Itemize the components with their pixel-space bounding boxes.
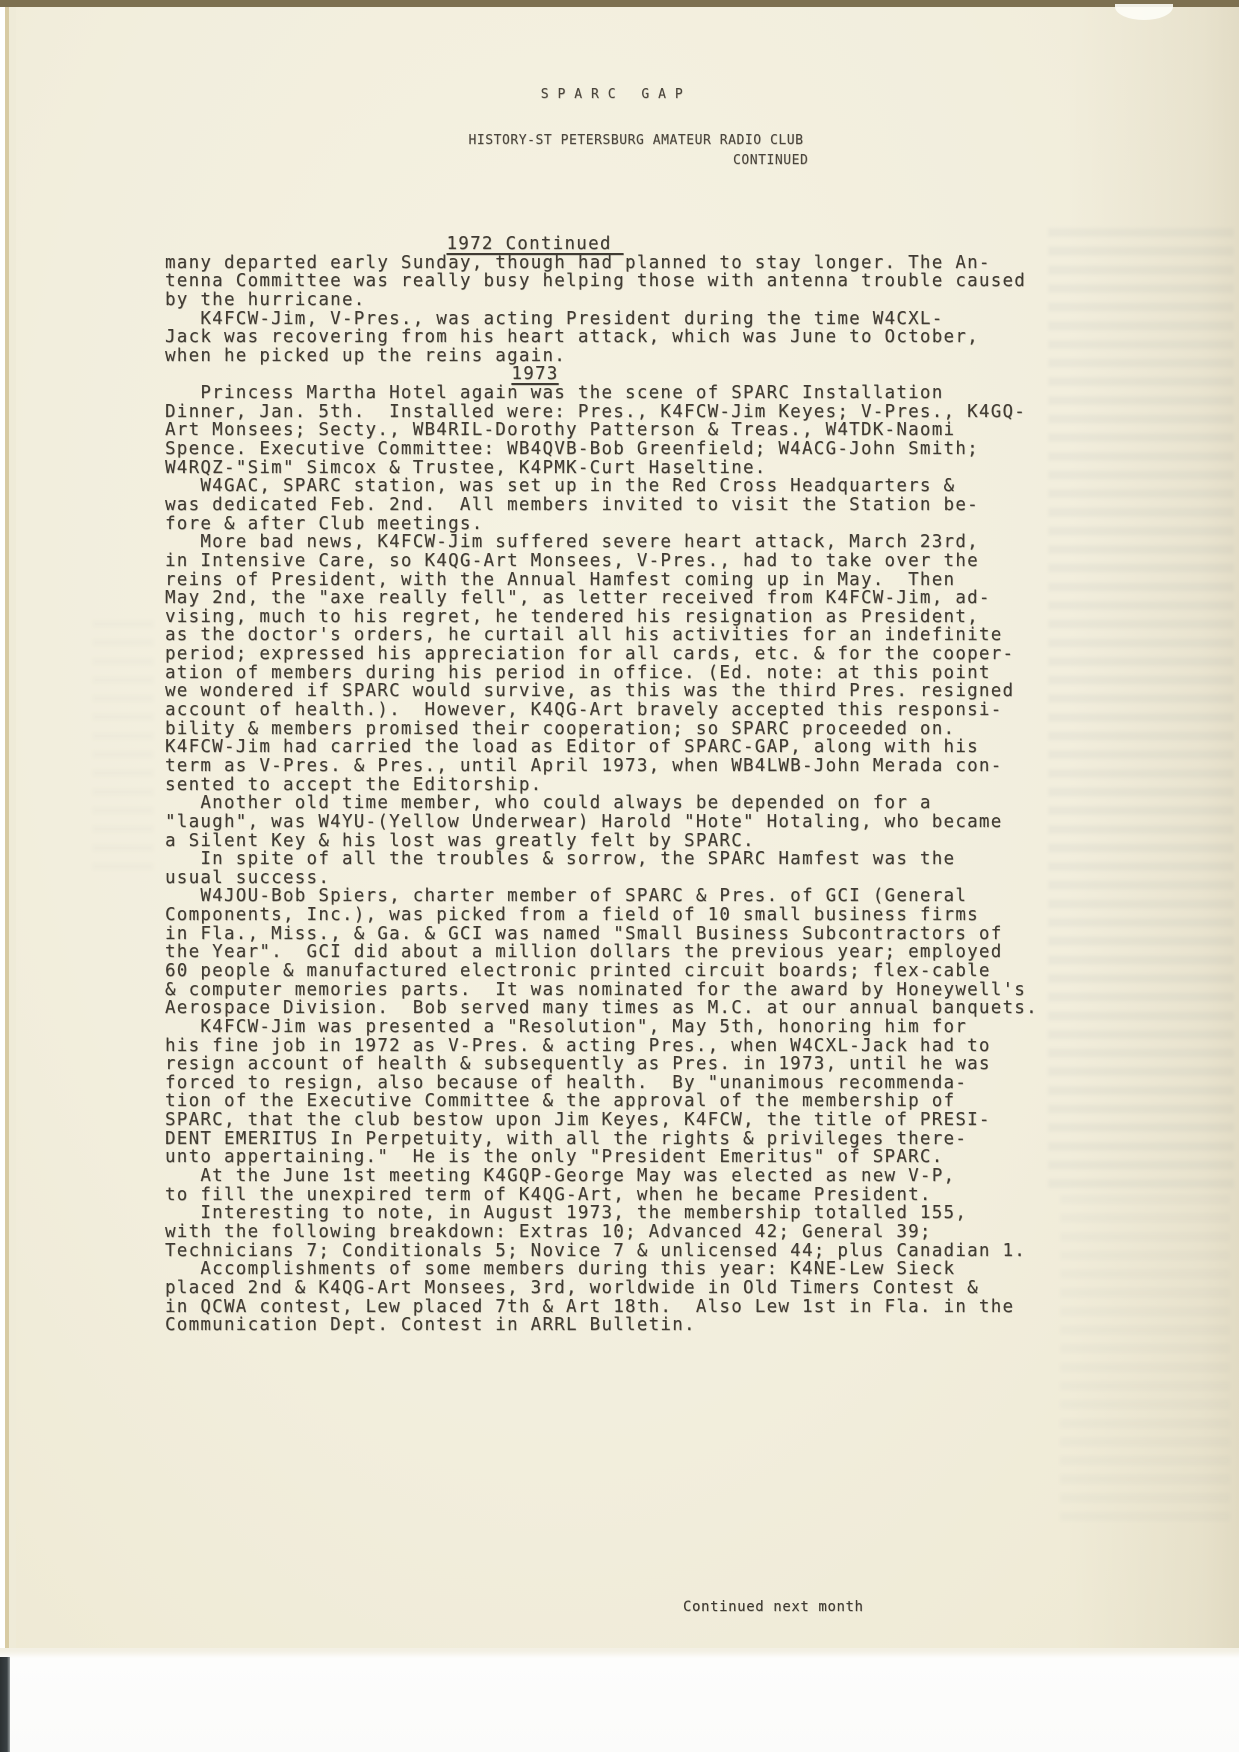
bottom-scan-strip xyxy=(0,1648,1239,1752)
text-line: Princess Martha Hotel again was the scen… xyxy=(165,384,1065,403)
text-line: as the doctor's orders, he curtail all h… xyxy=(165,626,1065,645)
text-line: At the June 1st meeting K4GQP-George May… xyxy=(165,1167,1065,1186)
footer-note: Continued next month xyxy=(683,1599,864,1615)
text-line: term as V-Pres. & Pres., until April 197… xyxy=(165,757,1065,776)
text-line: W4JOU-Bob Spiers, charter member of SPAR… xyxy=(165,887,1065,906)
text-line: we wondered if SPARC would survive, as t… xyxy=(165,682,1065,701)
text-line: SPARC, that the club bestow upon Jim Key… xyxy=(165,1111,1065,1130)
text-line: resign account of health & subsequently … xyxy=(165,1055,1065,1074)
text-line: the Year". GCI did about a million dolla… xyxy=(165,943,1065,962)
text-line: many departed early Sunday, though had p… xyxy=(165,254,1065,273)
text-line: tenna Committee was really busy helping … xyxy=(165,272,1065,291)
page-subtitle: HISTORY-ST PETERSBURG AMATEUR RADIO CLUB xyxy=(468,133,803,148)
text-line: Dinner, Jan. 5th. Installed were: Pres.,… xyxy=(165,403,1065,422)
bleed-through-text xyxy=(92,620,154,880)
continued-label: CONTINUED xyxy=(733,153,808,168)
text-line: Jack was recovering from his heart attac… xyxy=(165,328,1065,347)
text-line: by the hurricane. xyxy=(165,291,1065,310)
bleed-through-text xyxy=(1060,1195,1230,1525)
document-body: 1972 Continued many departed early Sunda… xyxy=(165,235,1065,1335)
text-line: usual success. xyxy=(165,869,1065,888)
text-line: vising, much to his regret, he tendered … xyxy=(165,608,1065,627)
text-line: account of health.). However, K4QG-Art b… xyxy=(165,701,1065,720)
bleed-through-text xyxy=(1048,228,1234,1188)
text-line: his fine job in 1972 as V-Pres. & acting… xyxy=(165,1037,1065,1056)
text-line: sented to accept the Editorship. xyxy=(165,776,1065,795)
text-line: K4FCW-Jim had carried the load as Editor… xyxy=(165,738,1065,757)
text-line: was dedicated Feb. 2nd. All members invi… xyxy=(165,496,1065,515)
text-line: Interesting to note, in August 1973, the… xyxy=(165,1204,1065,1223)
text-line: K4FCW-Jim was presented a "Resolution", … xyxy=(165,1018,1065,1037)
page-title: S P A R C G A P xyxy=(541,87,683,102)
text-line: to fill the unexpired term of K4QG-Art, … xyxy=(165,1186,1065,1205)
text-line: Communication Dept. Contest in ARRL Bull… xyxy=(165,1316,1065,1335)
section-heading: 1972 Continued xyxy=(165,235,905,254)
text-line: placed 2nd & K4QG-Art Monsees, 3rd, worl… xyxy=(165,1279,1065,1298)
text-line: unto appertaining." He is the only "Pres… xyxy=(165,1148,1065,1167)
text-line: bility & members promised their cooperat… xyxy=(165,720,1065,739)
text-line: Accomplishments of some members during t… xyxy=(165,1260,1065,1279)
text-line: reins of President, with the Annual Hamf… xyxy=(165,571,1065,590)
text-line: when he picked up the reins again. xyxy=(165,347,1065,366)
page-top-edge xyxy=(0,0,1239,7)
text-line: In spite of all the troubles & sorrow, t… xyxy=(165,850,1065,869)
text-line: with the following breakdown: Extras 10;… xyxy=(165,1223,1065,1242)
text-line: period; expressed his appreciation for a… xyxy=(165,645,1065,664)
text-line: K4FCW-Jim, V-Pres., was acting President… xyxy=(165,310,1065,329)
text-line: Technicians 7; Conditionals 5; Novice 7 … xyxy=(165,1242,1065,1261)
text-line: in Fla., Miss., & Ga. & GCI was named "S… xyxy=(165,925,1065,944)
text-line: & computer memories parts. It was nomina… xyxy=(165,981,1065,1000)
scanner-edge xyxy=(0,1657,10,1752)
text-line: W4GAC, SPARC station, was set up in the … xyxy=(165,477,1065,496)
text-line: "laugh", was W4YU-(Yellow Underwear) Har… xyxy=(165,813,1065,832)
text-line: fore & after Club meetings. xyxy=(165,515,1065,534)
text-line: tion of the Executive Committee & the ap… xyxy=(165,1092,1065,1111)
text-line: May 2nd, the "axe really fell", as lette… xyxy=(165,589,1065,608)
text-line: Another old time member, who could alway… xyxy=(165,794,1065,813)
text-line: forced to resign, also because of health… xyxy=(165,1074,1065,1093)
paper-sheet: S P A R C G A P HISTORY-ST PETERSBURG AM… xyxy=(0,0,1239,1651)
section-heading: 1973 xyxy=(165,365,905,384)
text-line: Components, Inc.), was picked from a fie… xyxy=(165,906,1065,925)
text-line: in Intensive Care, so K4QG-Art Monsees, … xyxy=(165,552,1065,571)
text-line: Spence. Executive Committee: WB4QVB-Bob … xyxy=(165,440,1065,459)
scan-background: S P A R C G A P HISTORY-ST PETERSBURG AM… xyxy=(0,0,1239,1752)
text-line: Art Monsees; Secty., WB4RIL-Dorothy Patt… xyxy=(165,421,1065,440)
text-line: ation of members during his period in of… xyxy=(165,664,1065,683)
text-line: 60 people & manufactured electronic prin… xyxy=(165,962,1065,981)
text-line: W4RQZ-"Sim" Simcox & Trustee, K4PMK-Curt… xyxy=(165,459,1065,478)
text-line: DENT EMERITUS In Perpetuity, with all th… xyxy=(165,1130,1065,1149)
text-line: Aerospace Division. Bob served many time… xyxy=(165,999,1065,1018)
text-line: a Silent Key & his lost was greatly felt… xyxy=(165,832,1065,851)
text-line: in QCWA contest, Lew placed 7th & Art 18… xyxy=(165,1298,1065,1317)
text-line: More bad news, K4FCW-Jim suffered severe… xyxy=(165,533,1065,552)
page-corner-notch xyxy=(1115,4,1173,20)
